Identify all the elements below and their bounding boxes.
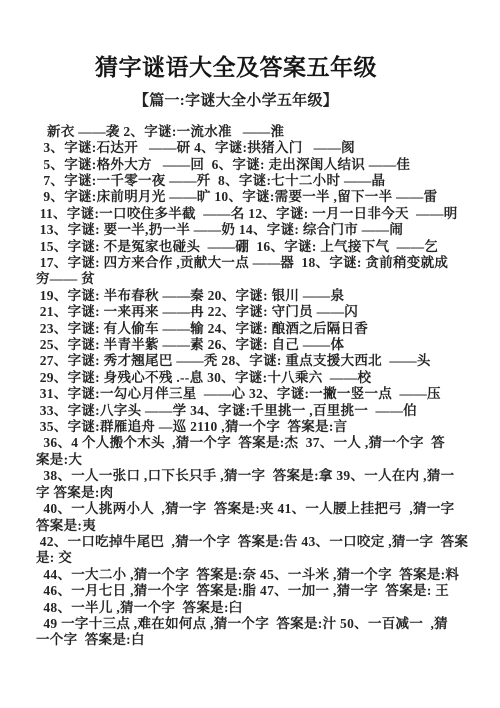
riddle-line: 17、字谜: 四方来合作 ,贡献大一点 ——器 18、字谜: 贪前稍变就成: [36, 255, 470, 271]
riddle-line: 38、一人一张口 ,口下长只手 ,猜一字 答案是:拿 39、一人在内 ,猜一: [36, 468, 470, 484]
riddle-line: 7、字谜:一千零一夜 ——歼 8、字谜:七十二小时 ——晶: [36, 173, 470, 189]
riddle-line: 27、字谜: 秀才翘尾巴 ——秃 28、字谜: 重点支援大西北 ——头: [36, 353, 470, 369]
riddle-line: 44、一大二小 ,猜一个字 答案是:奈 45、一斗米 ,猜一个字 答案是:料: [36, 567, 470, 583]
riddle-line: 35、字谜:群雁追舟 —巡 2110 ,猜一个字 答案是:言: [36, 419, 470, 435]
riddle-line: 29、字谜: 身残心不残 .--息 30、字谜:十八乘六 ——校: [36, 370, 470, 386]
riddle-line: 42、一口吃掉牛尾巴 ,猜一个字 答案是:告 43、一口咬定 ,猜一字 答案: [36, 534, 470, 550]
riddle-line: 新衣 ——袭 2、字谜:一流水准 ——淮: [36, 124, 470, 140]
page-title: 猜字谜语大全及答案五年级: [0, 54, 472, 83]
riddle-line: 9、字谜:床前明月光 ——旷 10、字谜:需要一半 ,留下一半 ——雷: [36, 189, 470, 205]
riddle-line: 23、字谜: 有人偷车 ——输 24、字谜: 酿酒之后隔日香: [36, 321, 470, 337]
riddle-line: 40、一人挑两小人 ,猜一字 答案是:夹 41、一人腰上挂把弓 ,猜一字: [36, 501, 470, 517]
riddle-line: 3、字谜:石达开 ——研 4、字谜:拱猪入门 ——阂: [36, 140, 470, 156]
riddle-line: 11、字谜:一口咬住多半截 ——名 12、字谜: 一月一日非今天 ——明: [36, 206, 470, 222]
riddle-line: 是: 交: [36, 550, 470, 566]
riddle-line: 48、一半儿 ,猜一个字 答案是:臼: [36, 600, 470, 616]
riddle-line: 21、字谜: 一来再来 ——冉 22、字谜: 守门员 ——闪: [36, 304, 470, 320]
riddle-line: 49 一字十三点 ,难在如何点 ,猜一个字 答案是:汁 50、一百减一 ,猜: [36, 616, 470, 632]
riddle-line: 13、字谜: 要一半,扔一半 ——奶 14、字谜: 综合门市 ——闹: [36, 222, 470, 238]
riddle-line: 19、字谜: 半布春秋 ——秦 20、字谜: 银川 ——泉: [36, 288, 470, 304]
document-header: 猜字谜语大全及答案五年级 【篇一:字谜大全小学五年级】: [0, 0, 500, 110]
riddle-list: 新衣 ——袭 2、字谜:一流水准 ——淮 3、字谜:石达开 ——研 4、字谜:拱…: [0, 124, 500, 649]
riddle-line: 答案是:夷: [36, 518, 470, 534]
riddle-line: 案是:大: [36, 452, 470, 468]
riddle-line: 15、字谜: 不是冤家也碰头 ——硼 16、字谜: 上气接下气 ——乞: [36, 239, 470, 255]
riddle-line: 穷—— 贫: [36, 271, 470, 287]
riddle-line: 33、字谜:八字头 ——学 34、字谜:千里挑一 ,百里挑一 ——伯: [36, 403, 470, 419]
riddle-line: 一个字 答案是:白: [36, 632, 470, 648]
riddle-line: 5、字谜:格外大方 ——回 6、字谜: 走出深闺人结识 ——佳: [36, 157, 470, 173]
riddle-line: 字 答案是:肉: [36, 485, 470, 501]
page-subtitle: 【篇一:字谜大全小学五年级】: [0, 89, 472, 110]
riddle-line: 31、字谜:一勾心月伴三星 ——心 32、字谜:一撇一竖一点 ——压: [36, 386, 470, 402]
riddle-line: 36、4 个人搬个木头 ,猜一个字 答案是:杰 37、一人 ,猜一个字 答: [36, 435, 470, 451]
riddle-line: 46、一月七日 ,猜一个字 答案是:脂 47、一加一 ,猜一字 答案是: 王: [36, 583, 470, 599]
document-page: 猜字谜语大全及答案五年级 【篇一:字谜大全小学五年级】 新衣 ——袭 2、字谜:…: [0, 0, 500, 708]
riddle-line: 25、字谜: 半青半紫 ——素 26、字谜: 自己 ——体: [36, 337, 470, 353]
